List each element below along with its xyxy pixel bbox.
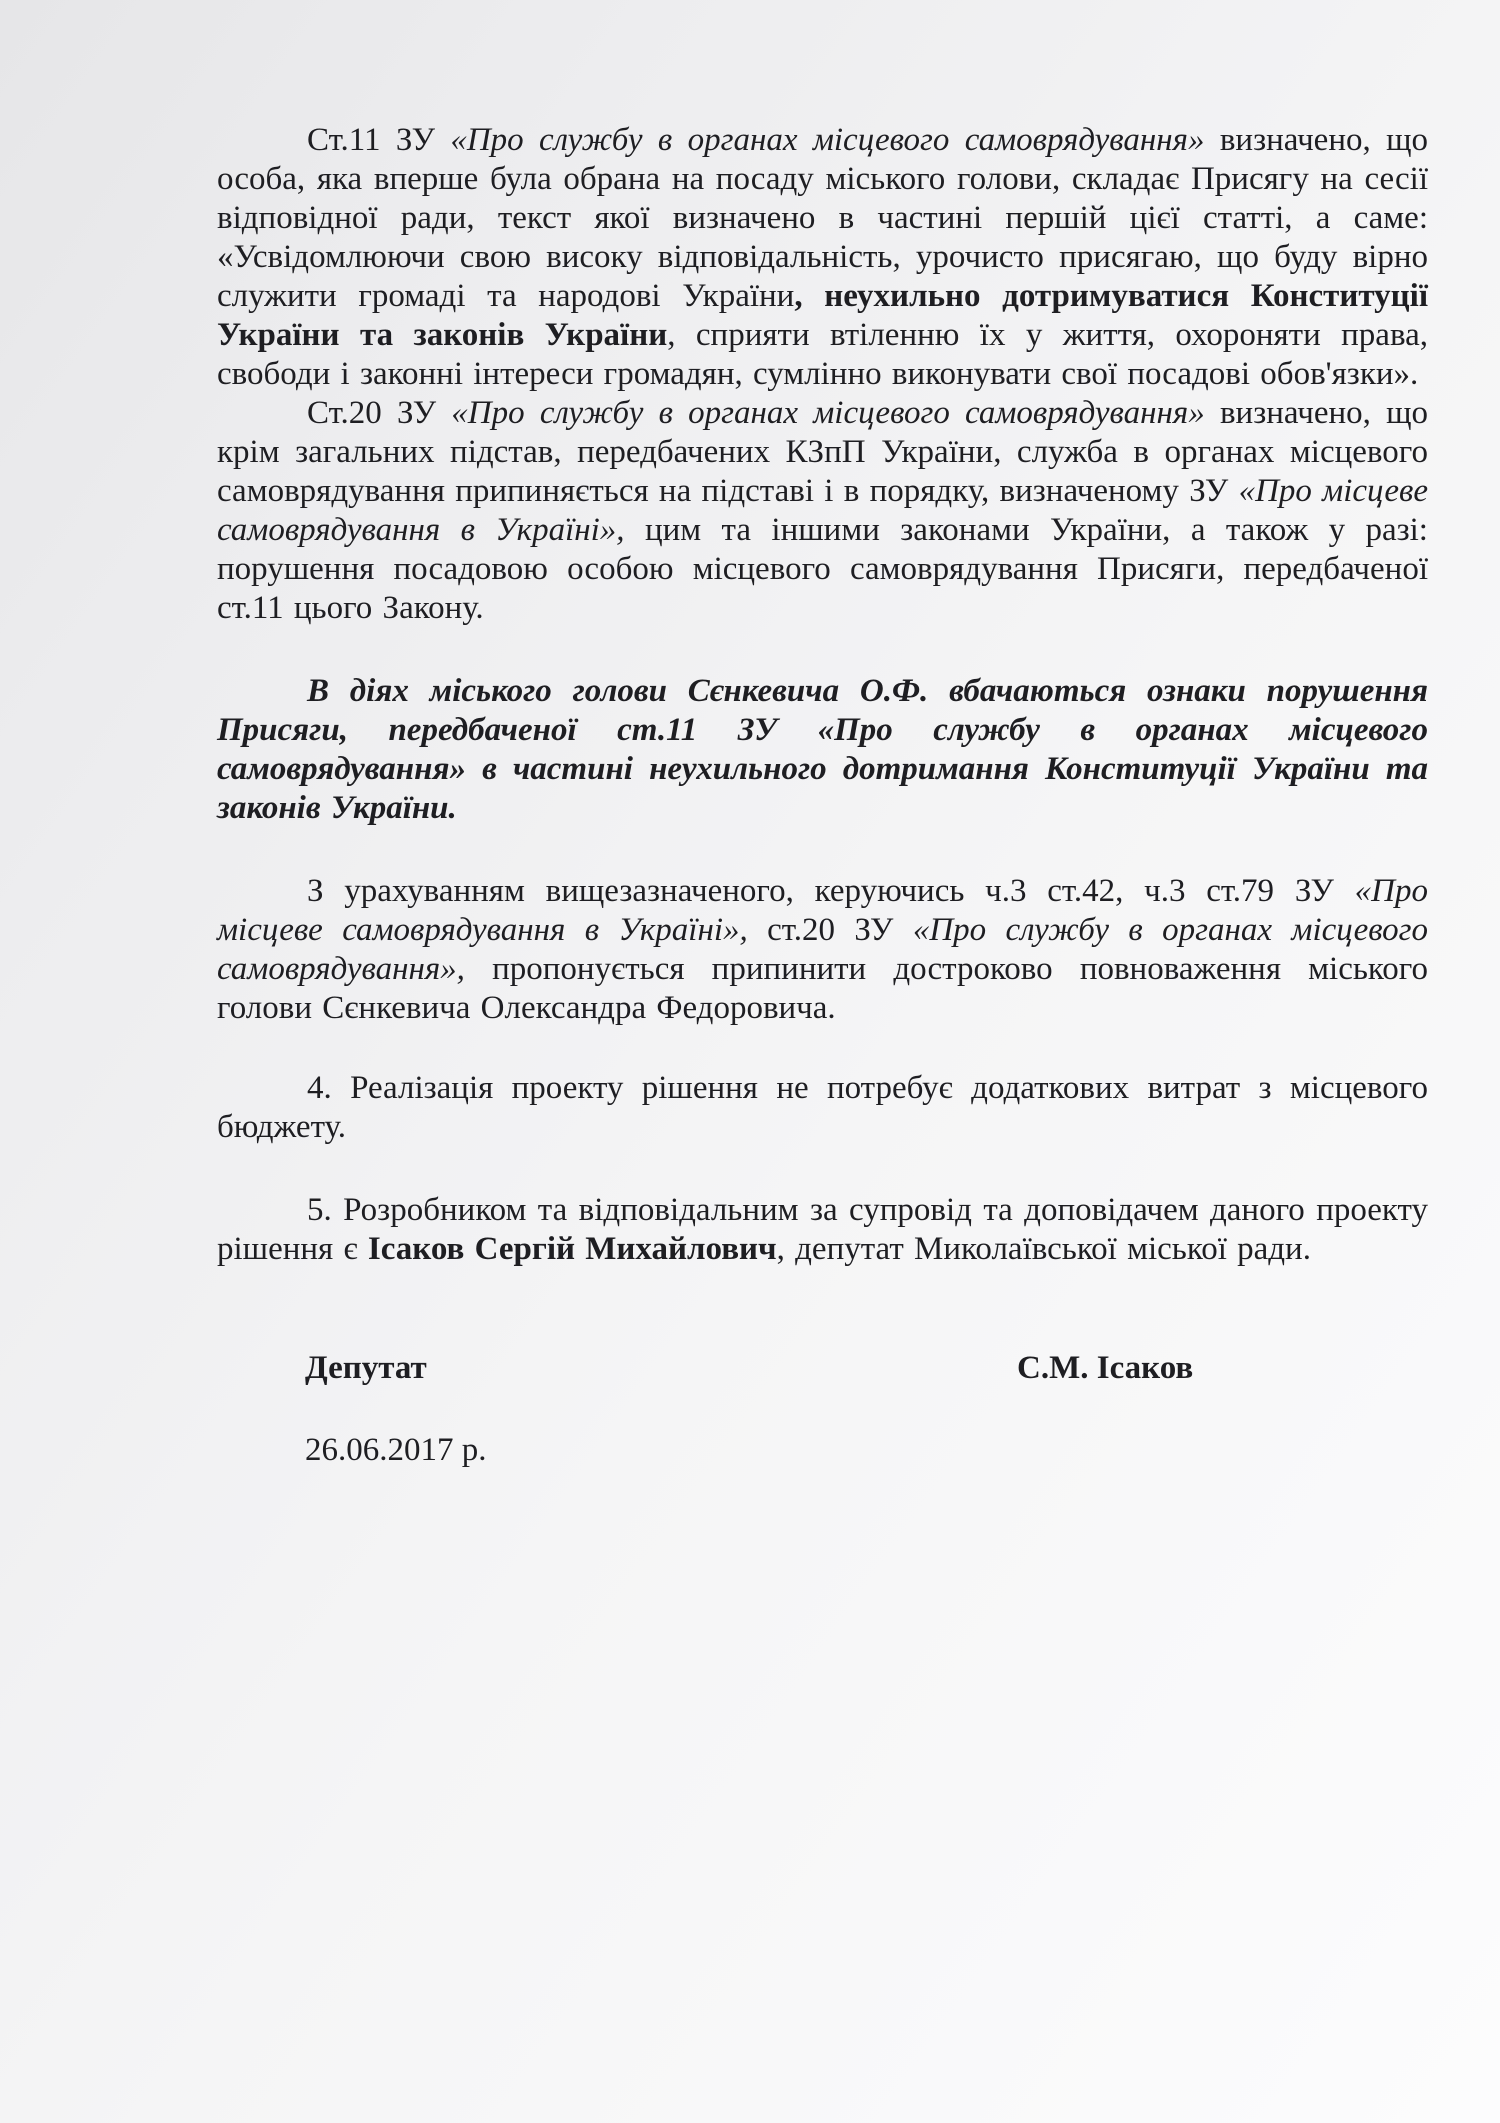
paragraph-item-5-developer: 5. Розробником та відповідальним за супр… (217, 1191, 1428, 1269)
text-run: , депутат Миколаївської міської ради. (777, 1231, 1311, 1267)
paragraph-violation-statement: В діях міського голови Сєнкевича О.Ф. вб… (217, 672, 1428, 828)
document-page: Ст.11 ЗУ «Про службу в органах місцевого… (0, 0, 1500, 2123)
paragraph-item-4-budget: 4. Реалізація проекту рішення не потребу… (217, 1069, 1428, 1147)
text-run: Ст.20 ЗУ (307, 395, 451, 431)
text-run: 4. Реалізація проекту рішення не потребу… (217, 1070, 1428, 1145)
document-body: Ст.11 ЗУ «Про службу в органах місцевого… (217, 121, 1428, 1470)
text-run: Ст.11 ЗУ (307, 122, 450, 158)
signature-name: С.М. Ісаков (1017, 1349, 1193, 1388)
paragraph-st20-definition: Ст.20 ЗУ «Про службу в органах місцевого… (217, 394, 1428, 628)
person-name-bold: Ісаков Сергій Михайлович (368, 1231, 777, 1267)
text-run: З урахуванням вищезазначеного, керуючись… (307, 873, 1355, 909)
law-title-italic: «Про службу в органах місцевого самовряд… (451, 395, 1204, 431)
law-title-italic: «Про службу в органах місцевого самовряд… (450, 122, 1204, 158)
paragraph-proposal: З урахуванням вищезазначеного, керуючись… (217, 872, 1428, 1028)
paragraph-st11-definition: Ст.11 ЗУ «Про службу в органах місцевого… (217, 121, 1428, 394)
text-run: ст.20 ЗУ (767, 912, 913, 948)
signature-row: Депутат С.М. Ісаков (217, 1349, 1428, 1388)
signature-role: Депутат (305, 1350, 427, 1386)
bold-italic-statement: В діях міського голови Сєнкевича О.Ф. вб… (217, 673, 1428, 826)
document-date: 26.06.2017 р. (217, 1431, 1428, 1470)
